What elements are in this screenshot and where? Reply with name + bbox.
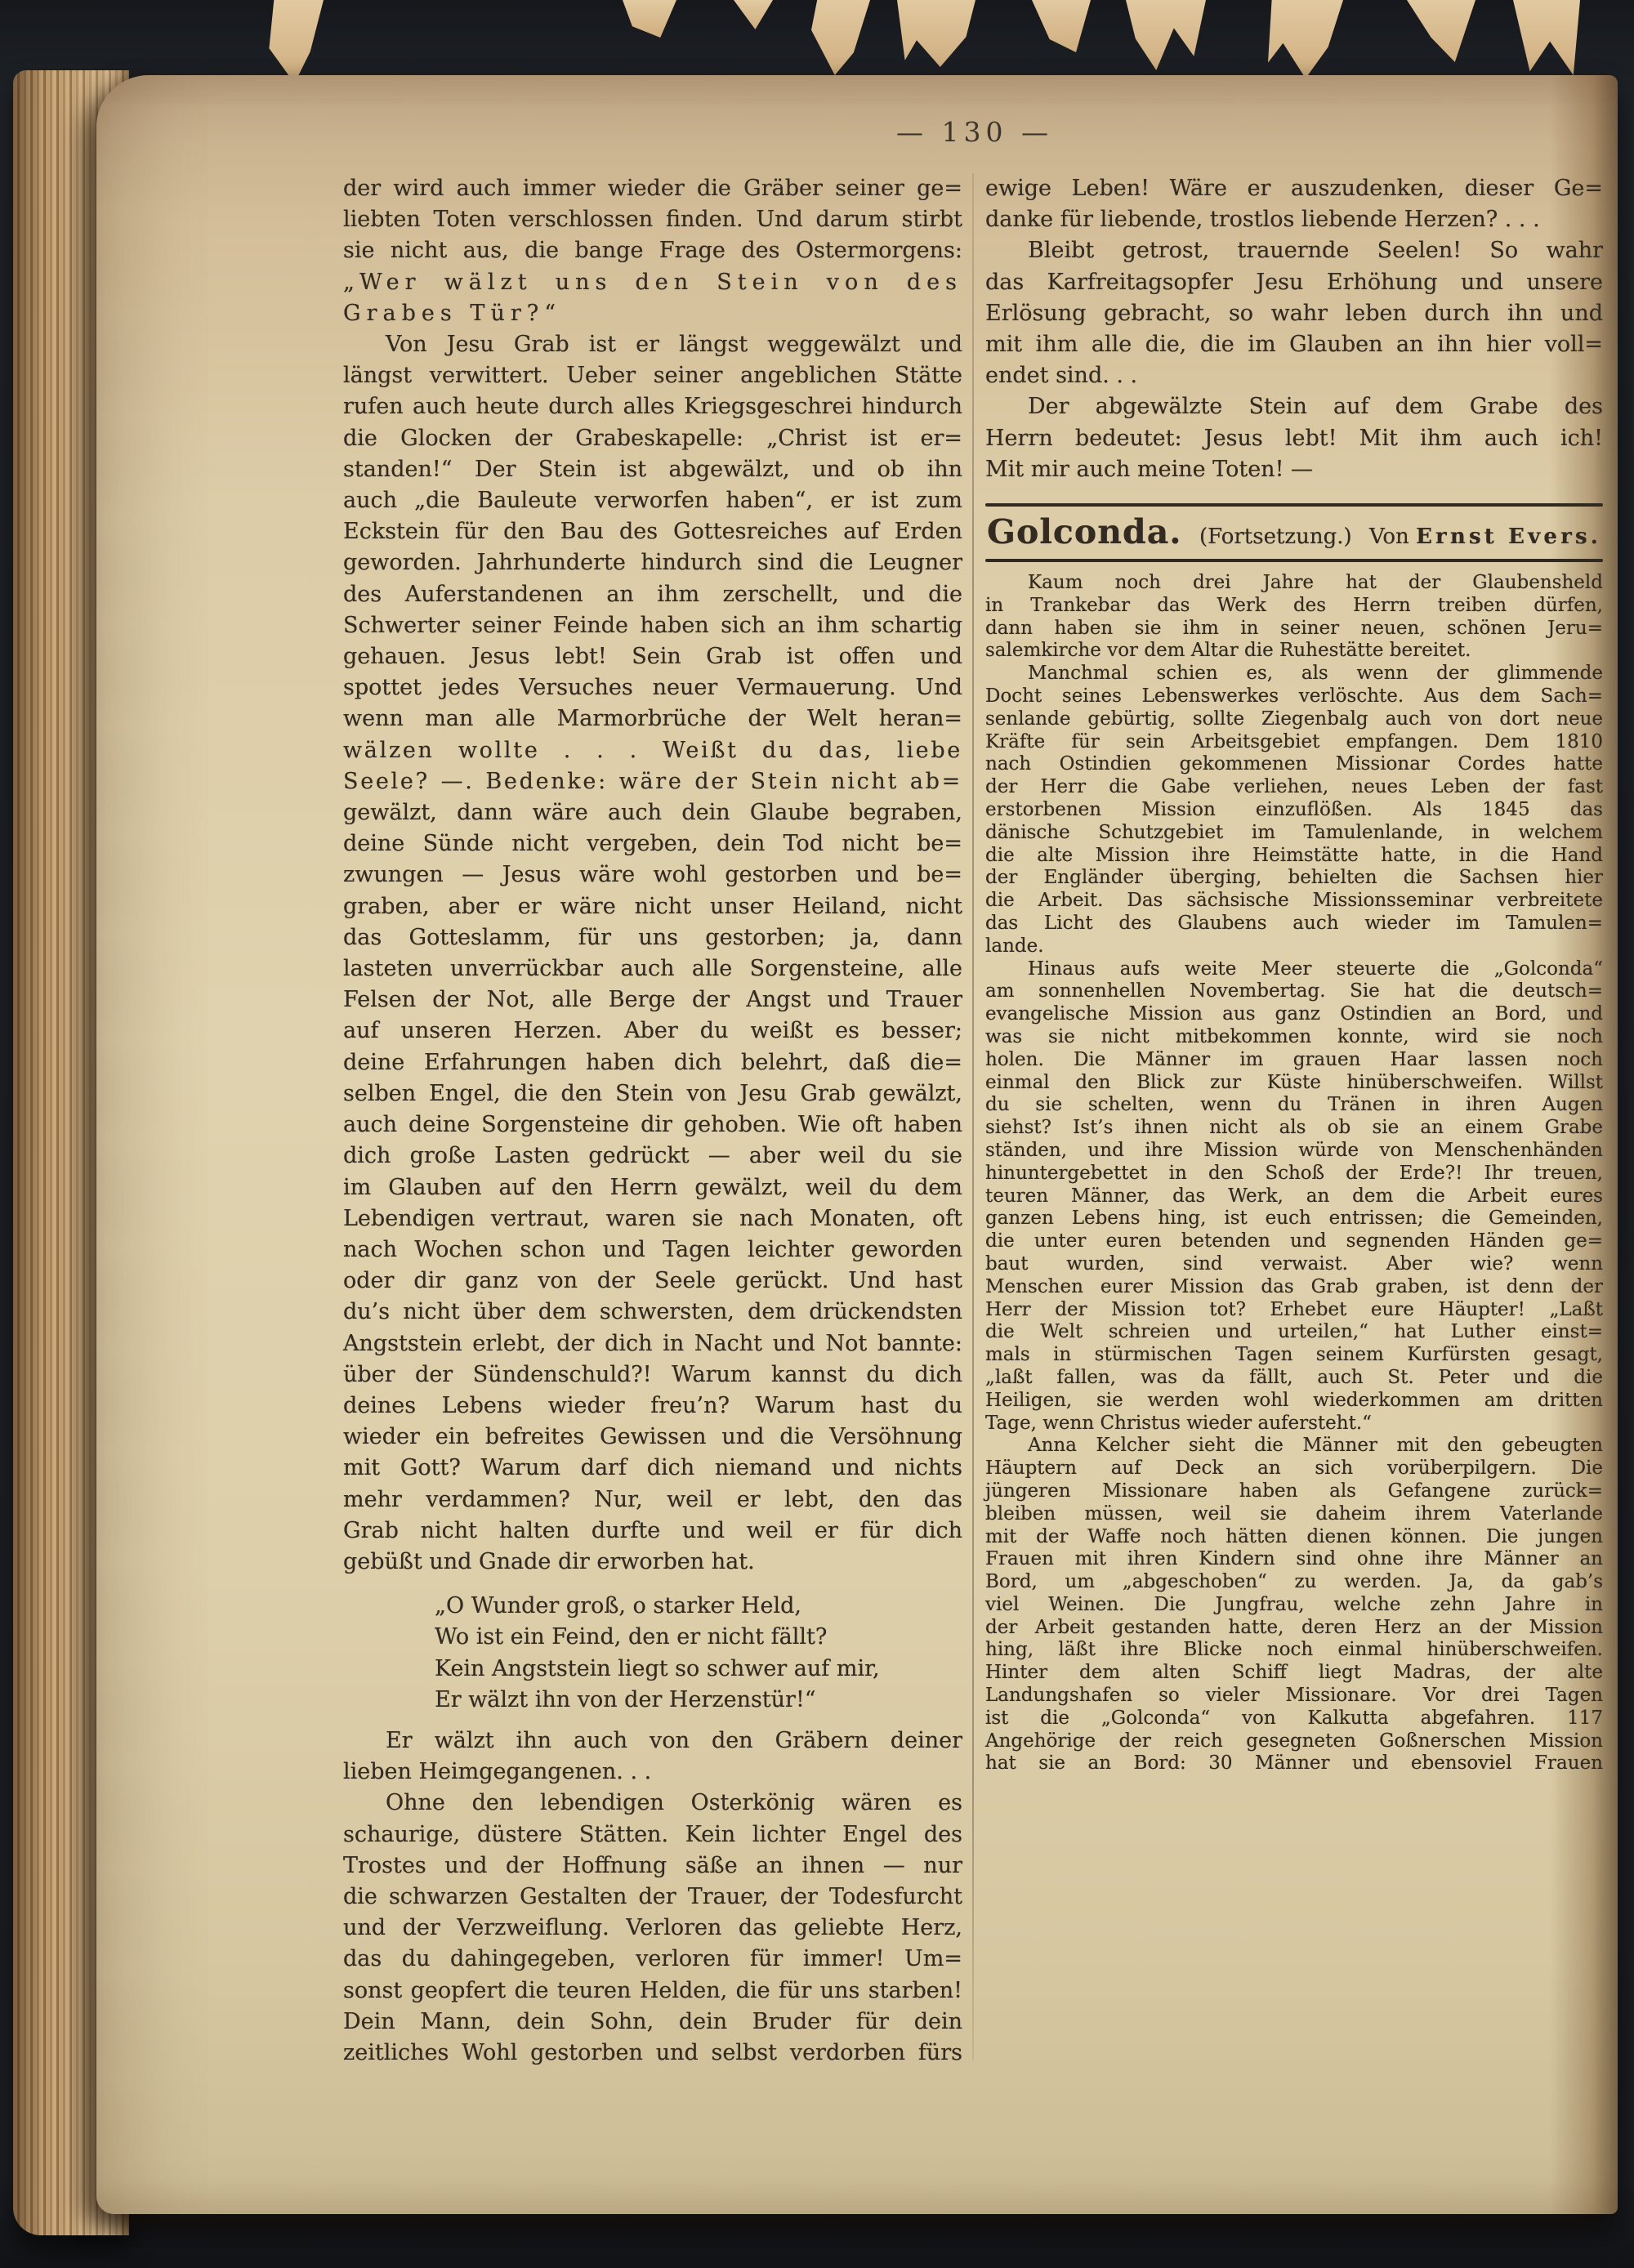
text-line: Landungshafen so vieler Missionare. Vor … <box>985 1685 1603 1708</box>
text-line: standen!“ Der Stein ist abgewälzt, und o… <box>343 454 962 485</box>
text-line: endet sind. . . <box>985 360 1603 391</box>
torn-paper-fragment <box>897 0 975 67</box>
text-line: die alte Mission ihre Heimstätte hatte, … <box>985 845 1603 868</box>
text-line: siehst? Ist’s ihnen nicht als ob sie an … <box>985 1117 1603 1140</box>
text-line: viel Weinen. Die Jungfrau, welche zehn J… <box>985 1594 1603 1617</box>
torn-paper-fragment <box>1513 0 1580 75</box>
text-line: gebüßt und Gnade dir erworben hat. <box>343 1547 962 1578</box>
text-line: im Glauben auf den Herrn gewälzt, weil d… <box>343 1172 962 1203</box>
right-column-upper-text: ewige Leben! Wäre er auszudenken, dieser… <box>985 173 1603 485</box>
text-line: spottet jedes Versuches neuer Vermauerun… <box>343 672 962 703</box>
text-line: deine Erfahrungen haben dich belehrt, da… <box>343 1047 962 1078</box>
text-line: dann haben sie ihm in seiner neuen, schö… <box>985 618 1603 641</box>
paragraph: Manchmal schien es, als wenn der glimmen… <box>985 663 1603 958</box>
text-line: mals in stürmischen Tagen seinem Kurfürs… <box>985 1344 1603 1367</box>
text-line: geworden. Jahrhunderte hindurch sind die… <box>343 547 962 578</box>
text-line: und der Verzweiflung. Verloren das gelie… <box>343 1913 962 1944</box>
text-line: die Glocken der Grabeskapelle: „Christ i… <box>343 423 962 454</box>
torn-paper-fragment <box>734 0 773 29</box>
text-line: Kaum noch drei Jahre hat der Glaubenshel… <box>985 572 1603 595</box>
text-line: mehr verdammen? Nur, weil er lebt, den d… <box>343 1484 962 1516</box>
text-line: der Herr die Gabe verliehen, neues Leben… <box>985 776 1603 799</box>
text-line: schaurige, düstere Stätten. Kein lichter… <box>343 1819 962 1851</box>
paragraph: Kaum noch drei Jahre hat der Glaubenshel… <box>985 572 1603 663</box>
text-line: sie nicht aus, die bange Frage des Oster… <box>343 235 962 266</box>
paragraph: Hinaus aufs weite Meer steuerte die „Gol… <box>985 958 1603 1435</box>
text-line: Seele? —. Bedenke: wäre der Stein nicht … <box>343 766 962 797</box>
text-line: lande. <box>985 935 1603 958</box>
text-line: Frauen mit ihren Kindern sind ohne ihre … <box>985 1548 1603 1571</box>
text-line: lieben Heimgegangenen. . . <box>343 1757 962 1788</box>
text-line: gehauen. Jesus lebt! Sein Grab ist offen… <box>343 641 962 672</box>
torn-paper-fragment <box>623 0 676 38</box>
text-line: senlande gebürtig, sollte Ziegenbalg auc… <box>985 708 1603 731</box>
text-line: rufen auch heute durch alles Kriegsgesch… <box>343 391 962 422</box>
text-line: am sonnenhellen Novembertag. Sie hat die… <box>985 980 1603 1003</box>
text-line: Wo ist ein Feind, den er nicht fällt? <box>435 1622 962 1653</box>
text-line: bleiben müssen, weil sie daheim ihrem Va… <box>985 1503 1603 1526</box>
text-line: Herr der Mission tot? Erhebet eure Häupt… <box>985 1299 1603 1322</box>
text-line: Tage, wenn Christus wieder aufersteht.“ <box>985 1413 1603 1435</box>
text-line: Mit mir auch meine Toten! — <box>985 454 1603 485</box>
text-line: „Wer wälzt uns den Stein von des <box>343 267 962 298</box>
text-line: Anna Kelcher sieht die Männer mit den ge… <box>985 1435 1603 1458</box>
torn-paper-fragment <box>1268 0 1343 78</box>
heading-rule-bottom <box>985 559 1603 562</box>
text-line: hat sie an Bord: 30 Männer und ebensovie… <box>985 1752 1603 1775</box>
text-line: wälzen wollte . . . Weißt du das, liebe <box>343 735 962 766</box>
text-line: der wird auch immer wieder die Gräber se… <box>343 173 962 204</box>
text-line: Er wälzt ihn von der Herzenstür!“ <box>435 1685 962 1716</box>
article-byline: Von Ernst Evers. <box>1369 525 1601 549</box>
text-line: deine Sünde nicht vergeben, dein Tod nic… <box>343 828 962 859</box>
torn-paper-fragment <box>1407 0 1476 62</box>
text-line: dich große Lasten gedrückt — aber weil d… <box>343 1141 962 1172</box>
article-heading: Golconda. (Fortsetzung.) Von Ernst Evers… <box>985 503 1603 562</box>
page-number: — 130 — <box>844 116 1105 148</box>
paragraph: ewige Leben! Wäre er auszudenken, dieser… <box>985 173 1603 235</box>
text-line: über der Sündenschuld?! Warum kannst du … <box>343 1359 962 1391</box>
text-line: hinuntergebettet in den Schoß der Erde?!… <box>985 1163 1603 1185</box>
text-line: Bord, um „abgeschoben“ zu werden. Ja, da… <box>985 1571 1603 1594</box>
text-line: Herrn bedeutet: Jesus lebt! Mit ihm auch… <box>985 423 1603 454</box>
torn-paper-fragment <box>1032 0 1091 52</box>
text-line: ist die „Golconda“ von Kalkutta abgefahr… <box>985 1708 1603 1730</box>
text-line: Schwerter seiner Feinde haben sich an ih… <box>343 610 962 641</box>
text-line: liebten Toten verschlossen finden. Und d… <box>343 204 962 235</box>
text-line: auch „die Bauleute verworfen haben“, er … <box>343 485 962 516</box>
text-line: Manchmal schien es, als wenn der glimmen… <box>985 663 1603 685</box>
paragraph: Ohne den lebendigen Osterkönig wären ess… <box>343 1788 962 2069</box>
text-line: Felsen der Not, alle Berge der Angst und… <box>343 984 962 1016</box>
text-line: auf unseren Herzen. Aber du weißt es bes… <box>343 1016 962 1047</box>
text-line: Docht seines Lebenswerkes verlöschte. Au… <box>985 685 1603 708</box>
text-line: zeitliches Wohl gestorben und selbst ver… <box>343 2038 962 2069</box>
text-line: Grabes Tür?“ <box>343 298 962 329</box>
paragraph: Anna Kelcher sieht die Männer mit den ge… <box>985 1435 1603 1775</box>
text-line: Häuptern auf Deck an sich vorüberpilgern… <box>985 1458 1603 1480</box>
torn-paper-fragment <box>1126 0 1206 70</box>
text-line: evangelische Mission aus ganz Ostindien … <box>985 1003 1603 1026</box>
text-line: Dein Mann, dein Sohn, dein Bruder für de… <box>343 2007 962 2038</box>
book-photo: — 130 — der wird auch immer wieder die G… <box>0 0 1634 2268</box>
text-line: Er wälzt ihn auch von den Gräbern deiner <box>343 1726 962 1757</box>
torn-paper-fragment <box>263 0 324 83</box>
right-column: ewige Leben! Wäre er auszudenken, dieser… <box>985 173 1603 1775</box>
text-line: des Auferstandenen an ihm zerschellt, un… <box>343 579 962 610</box>
text-line: teuren Männer, das Werk, an dem die Arbe… <box>985 1185 1603 1208</box>
left-column: der wird auch immer wieder die Gräber se… <box>343 173 962 2069</box>
text-line: gewälzt, dann wäre auch dein Glaube begr… <box>343 797 962 828</box>
text-line: wenn man alle Marmorbrüche der Welt hera… <box>343 703 962 734</box>
text-line: du sie schelten, wenn du Tränen in ihren… <box>985 1094 1603 1117</box>
text-line: Lebendigen vertraut, waren sie nach Mona… <box>343 1203 962 1234</box>
text-line: danke für liebende, trostlos liebende He… <box>985 204 1603 235</box>
paragraph: Bleibt getrost, trauernde Seelen! So wah… <box>985 235 1603 391</box>
article-title: Golconda. <box>987 512 1182 551</box>
byline-prefix: Von <box>1369 525 1409 549</box>
text-line: Eckstein für den Bau des Gottesreiches a… <box>343 516 962 547</box>
text-line: nach Ostindien gekommenen Missionar Cord… <box>985 753 1603 776</box>
text-line: das du dahingegeben, verloren für immer!… <box>343 1944 962 1975</box>
text-line: holen. Die Männer im grauen Haar lassen … <box>985 1049 1603 1072</box>
text-line: Grab nicht halten durfte und weil er für… <box>343 1516 962 1547</box>
text-line: der Arbeit gestanden hatte, deren Herz a… <box>985 1617 1603 1640</box>
text-line: „O Wunder groß, o starker Held, <box>435 1591 962 1622</box>
text-line: salemkirche vor dem Altar die Ruhestätte… <box>985 640 1603 663</box>
text-line: wieder ein befreites Gewissen und die Ve… <box>343 1422 962 1453</box>
text-line: ganzen Lebens hing, ist euch entrissen; … <box>985 1208 1603 1230</box>
text-line: einmal den Blick zur Küste hinüberschwei… <box>985 1072 1603 1095</box>
text-line: die unter euren betenden und segnenden H… <box>985 1230 1603 1253</box>
article-continuation: (Fortsetzung.) <box>1199 525 1352 549</box>
text-line: Heiligen, sie werden wohl wiederkommen a… <box>985 1390 1603 1413</box>
text-line: der Engländer überging, behielten die Sa… <box>985 867 1603 890</box>
text-line: baut wurden, sind verwaist. Aber wie? we… <box>985 1253 1603 1276</box>
text-line: Trostes und der Hoffnung säße an ihnen —… <box>343 1851 962 1882</box>
paragraph: der wird auch immer wieder die Gräber se… <box>343 173 962 329</box>
text-line: Erlösung gebracht, so wahr leben durch i… <box>985 298 1603 329</box>
text-line: Von Jesu Grab ist er längst weggewälzt u… <box>343 329 962 360</box>
paragraph: Von Jesu Grab ist er längst weggewälzt u… <box>343 329 962 1578</box>
text-line: das Karfreitagsopfer Jesu Erhöhung und u… <box>985 267 1603 298</box>
text-line: sonst geopfert die teuren Helden, die fü… <box>343 1976 962 2007</box>
text-line: die Arbeit. Das sächsische Missionssemin… <box>985 890 1603 913</box>
text-line: Angststein erlebt, der dich in Nacht und… <box>343 1328 962 1359</box>
text-line: Hinaus aufs weite Meer steuerte die „Gol… <box>985 958 1603 981</box>
text-line: Angehörige der reich gesegneten Goßnersc… <box>985 1730 1603 1753</box>
text-line: deines Lebens wieder freu’n? Warum hast … <box>343 1391 962 1422</box>
text-line: „laßt fallen, was da fällt, auch St. Pet… <box>985 1367 1603 1390</box>
text-line: erstorbenen Mission einzuflößen. Als 184… <box>985 799 1603 822</box>
text-line: du’s nicht über dem schwersten, dem drüc… <box>343 1297 962 1328</box>
text-line: Bleibt getrost, trauernde Seelen! So wah… <box>985 235 1603 266</box>
paragraph: Er wälzt ihn auch von den Gräbern deiner… <box>343 1726 962 1788</box>
text-line: nach Wochen schon und Tagen leichter gew… <box>343 1234 962 1266</box>
text-line: auch deine Sorgensteine dir gehoben. Wie… <box>343 1109 962 1141</box>
text-line: graben, aber er wäre nicht unser Heiland… <box>343 891 962 922</box>
text-line: hing, läßt ihre Blicke noch einmal hinüb… <box>985 1639 1603 1662</box>
text-line: Der abgewälzte Stein auf dem Grabe des <box>985 391 1603 422</box>
text-line: ewige Leben! Wäre er auszudenken, dieser… <box>985 173 1603 204</box>
article-author: Ernst Evers. <box>1416 525 1601 549</box>
page-paper: — 130 — der wird auch immer wieder die G… <box>96 75 1618 2214</box>
torn-paper-fragment <box>811 0 870 75</box>
text-line: das Gotteslamm, für uns gestorben; ja, d… <box>343 922 962 953</box>
text-line: mit Gott? Warum darf dich niemand und ni… <box>343 1453 962 1484</box>
article-body-text: Kaum noch drei Jahre hat der Glaubenshel… <box>985 572 1603 1775</box>
text-line: oder dir ganz von der Seele gerückt. Und… <box>343 1266 962 1297</box>
text-line: mit der Waffe noch hätten dienen können.… <box>985 1526 1603 1549</box>
text-line: die Welt schreien und urteilen,“ hat Lut… <box>985 1321 1603 1344</box>
text-line: Kräfte für sein Arbeitsgebiet empfangen.… <box>985 731 1603 754</box>
text-line: ständen, und ihre Mission würde von Mens… <box>985 1140 1603 1163</box>
text-line: das Licht des Glaubens auch wieder im Ta… <box>985 913 1603 935</box>
text-line: Hinter dem alten Schiff liegt Madras, de… <box>985 1662 1603 1685</box>
paragraph: Der abgewälzte Stein auf dem Grabe desHe… <box>985 391 1603 485</box>
text-line: Ohne den lebendigen Osterkönig wären es <box>343 1788 962 1819</box>
text-line: was sie nicht mitbekommen konnte, wird s… <box>985 1026 1603 1049</box>
text-line: lasteten unverrückbar auch alle Sorgenst… <box>343 953 962 984</box>
text-line: Kein Angststein liegt so schwer auf mir, <box>435 1654 962 1685</box>
text-line: die schwarzen Gestalten der Trauer, der … <box>343 1882 962 1913</box>
poem: „O Wunder groß, o starker Held,Wo ist ei… <box>435 1591 962 1716</box>
text-line: dänische Schutzgebiet im Tamulenlande, i… <box>985 822 1603 845</box>
text-line: jüngeren Missionare haben als Gefangene … <box>985 1480 1603 1503</box>
text-line: Menschen eurer Mission das Grab graben, … <box>985 1276 1603 1299</box>
text-line: längst verwittert. Ueber seiner angeblic… <box>343 360 962 391</box>
text-line: zwungen — Jesus wäre wohl gestorben und … <box>343 859 962 891</box>
text-line: mit ihm alle die, die im Glauben an ihn … <box>985 329 1603 360</box>
column-divider <box>972 173 974 2060</box>
text-line: in Trankebar das Werk des Herrn treiben … <box>985 595 1603 618</box>
text-line: selben Engel, die den Stein von Jesu Gra… <box>343 1078 962 1109</box>
